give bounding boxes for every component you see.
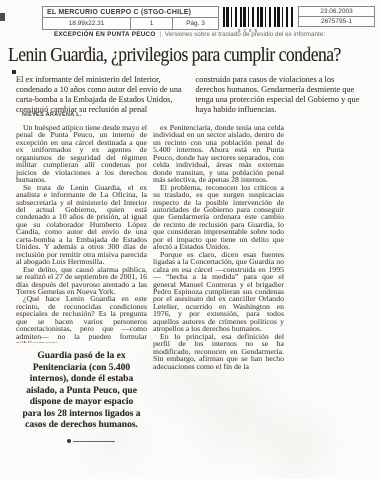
body-paragraph: Ese delito, que causó alarma pública, se…: [16, 266, 147, 296]
clipping-size: 18.99x22.31: [43, 18, 131, 29]
byline: NIEVES ARAVENA L.: [22, 112, 82, 118]
body-paragraph: ¿Qué hace Lenin Guardia en este recinto,…: [16, 295, 147, 343]
end-ornament: [67, 439, 115, 443]
scan-artifact-mark: [0, 13, 5, 21]
body-column-left: Un huésped atípico tiene desde mayo el p…: [16, 124, 147, 343]
deck-right-column: construido para casos de violaciones a l…: [196, 75, 365, 115]
headline: Lenin Guardia, ¿privilegios para cumplir…: [8, 44, 341, 67]
kicker: EXCEPCIÓN EN PUNTA PEUCO | Versiones sob…: [0, 31, 379, 38]
ornament-rule: [73, 441, 115, 442]
body-paragraph: Porque es claro, dicen esas fuentes liga…: [153, 251, 284, 333]
scan-document-id: 2675795-1: [298, 16, 375, 27]
dot-icon: [67, 439, 71, 443]
kicker-note: Versiones sobre el traslado de presidio …: [165, 31, 325, 38]
clipping-page-number: Pág. 3: [173, 18, 218, 29]
body-paragraph: El problema, reconocen los críticos a su…: [153, 184, 284, 251]
clipping-column-number: 1: [131, 18, 173, 29]
masthead: EL MERCURIO CUERPO C (STGO-CHILE): [43, 7, 218, 18]
barcode-icon: [223, 7, 294, 27]
body-paragraph: En lo principal, esa definición del perf…: [153, 333, 284, 370]
deck: El ex informante del ministerio del Inte…: [16, 75, 364, 115]
pull-quote: Guardia pasó de la ex Penitenciaría (con…: [22, 351, 141, 432]
deck-left-column: El ex informante del ministerio del Inte…: [16, 75, 185, 115]
newspaper-clipping-scan: EL MERCURIO CUERPO C (STGO-CHILE) 18.99x…: [0, 0, 379, 479]
body-paragraph: ex Penitenciaría, donde tenía una celda …: [153, 124, 284, 184]
kicker-separator: |: [159, 31, 161, 38]
clipping-header-table: EL MERCURIO CUERPO C (STGO-CHILE) 18.99x…: [42, 6, 219, 30]
body-paragraph: Se trata de Lenin Guardia, el ex analist…: [16, 184, 147, 266]
kicker-label: EXCEPCIÓN EN PUNTA PEUCO: [54, 31, 156, 38]
body-paragraph: Un huésped atípico tiene desde mayo el p…: [16, 124, 147, 184]
clipping-meta-row: 18.99x22.31 1 Pág. 3: [43, 18, 218, 29]
deck-bullet-icon: [12, 70, 16, 74]
body-column-right: ex Penitenciaría, donde tenía una celda …: [153, 124, 284, 380]
